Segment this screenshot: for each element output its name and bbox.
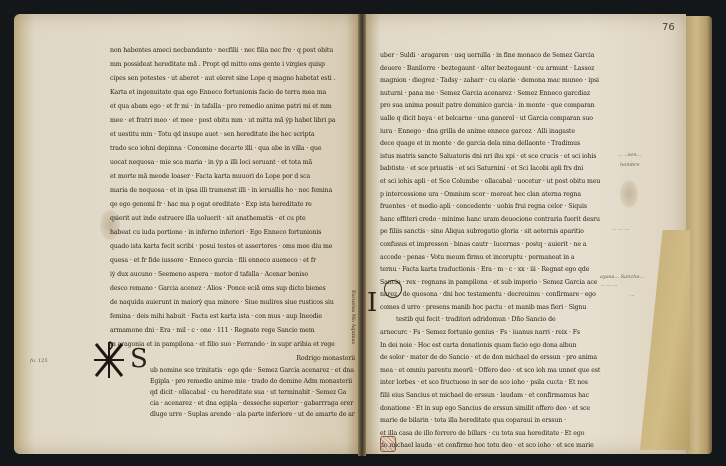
parchment-stain (620, 180, 638, 208)
seal-mark-icon (380, 436, 396, 452)
right-margin-note: hombre (620, 162, 640, 168)
signum-mark-icon (384, 280, 402, 298)
text-line: quado ista karta fecit scribi · posui te… (110, 240, 355, 254)
text-line: Egipla · pro remedio anime mie · trado d… (150, 376, 355, 387)
text-line: dluge urre · Suplas arende · ala parte i… (150, 409, 355, 420)
text-line: deuere · Banilorre · beztegaunt · alter … (380, 63, 620, 76)
text-line: qsierit aut inde estruere illa uoluerit … (110, 212, 355, 226)
text-line: fruentes · et medio apli · concedente · … (380, 201, 620, 214)
text-line: iura · Ennego · dna grilla de anime enne… (380, 126, 620, 139)
right-margin-note: ... ..ven... (618, 152, 641, 158)
right-page-text: uber · Suldi · aragaren · usq uernilla ·… (380, 50, 620, 453)
text-line: arnecurc · Fs · Semez fortunio genius · … (380, 327, 620, 340)
text-line: p intercessione ura · Omnium scor · mere… (380, 189, 620, 202)
text-line: et illa casa de illo ferrero de billars … (380, 428, 620, 441)
text-line: iẏ dux aucuno · Seemeno aspera · motor d… (110, 268, 355, 282)
initial-letter-i: I (367, 288, 377, 318)
text-line: femina · deis mihi habuit · Facta est ka… (110, 310, 355, 324)
text-line: qd dicit · ollacabal · cu hereditate sua… (150, 387, 355, 398)
left-page-charter: ub nomine sce trinitatis · ego qde · Sem… (150, 365, 355, 420)
text-line: Sancio · rex · regnans in pampilona · et… (380, 277, 620, 290)
text-line: quesa · et fr fide iussore · Enneco garc… (110, 254, 355, 268)
text-line: ub nomine sce trinitatis · ego qde · Sem… (150, 365, 355, 376)
text-line: et morte mã meode loaser · Facta karta m… (110, 170, 355, 184)
text-line: uocat nequosa · mie sca maria · in ẏp a … (110, 156, 355, 170)
manuscript-spread: 76 fo. 125 Escuelas Mo Aquinas ... ..ven… (0, 0, 726, 466)
initial-letter-s: S (130, 344, 148, 374)
text-line: istus matris sancte Saluatoris dni nri i… (380, 151, 620, 164)
text-line: de naquida auierunt in maiorẏ qua minore… (110, 296, 355, 310)
text-line: Karta et ingenuitate qua ego Enneco fort… (110, 86, 355, 100)
text-line: uber · Suldi · aragaren · usq uernilla ·… (380, 50, 620, 63)
text-line: inter lorbes · et sco fructuoso in ser d… (380, 377, 620, 390)
text-line: testib qui fecit · traditori adridomun ·… (380, 314, 620, 327)
text-line: trado sco iohni depinna · Conomine decar… (110, 142, 355, 156)
text-line: cia · acenarez · et dna egipla · dessech… (150, 398, 355, 409)
text-line: desco remano · Garcia acenez · Alios · P… (110, 282, 355, 296)
book-gutter (358, 14, 366, 456)
text-line: et qua abam ego · et fr mi · in tafalla … (110, 100, 355, 114)
text-line: armamone dni · Era · mil · c · one · 111… (110, 324, 355, 338)
text-line: magnion · diegrez · Tadsy · zaharr · cu … (380, 75, 620, 88)
text-line: babtiste · et sce priuatis · et sci Satu… (380, 163, 620, 176)
text-line: accede · penas · Votu meum firmu et inco… (380, 252, 620, 265)
text-line: marie de bilarin · tota illa hereditate … (380, 415, 620, 428)
text-line: pro sua anima posuit patre dominico garc… (380, 100, 620, 113)
text-line: nuturni · pana me · Semez Garcia acenare… (380, 88, 620, 101)
left-page-text: non habentes ameci necbandante · necfili… (110, 44, 355, 352)
text-line: mee · et fratri meo · et mee · post obit… (110, 114, 355, 128)
text-line: maria de nequosa · et in ipsa illi trame… (110, 184, 355, 198)
text-line: mm possideat hereditate mã . Propt qd mi… (110, 58, 355, 72)
text-line: do michael lauda · et confirmo hoc totu … (380, 440, 620, 453)
text-line: cipes sen potestes · ut aberet · aut ele… (110, 72, 355, 86)
right-margin-note: ... (630, 292, 635, 298)
text-line: donatione · Et in sup ego Sancius de ers… (380, 403, 620, 416)
text-line: et sci iohis apli · et Sce Columbe · oll… (380, 176, 620, 189)
text-line: de solor · mater de do Sancio · et de do… (380, 352, 620, 365)
text-line: pe filiis sanctis · sine Aliqua subrogat… (380, 226, 620, 239)
text-line: confusus et impresson · binas cautr · lu… (380, 239, 620, 252)
text-line: In dei noie · Hoc est carta donationis q… (380, 340, 620, 353)
text-line: mea · et omniu parentu meorũ · Offero de… (380, 365, 620, 378)
text-line: et uestitu mm · Totu qd insupe auet · se… (110, 128, 355, 142)
text-line: comes d urro · presens manib hoc pactu ·… (380, 302, 620, 315)
folio-number: 76 (662, 22, 675, 33)
text-line: filii eius Sancius et michael de erssun … (380, 390, 620, 403)
text-line: dece quage et in monte · de garcia dela … (380, 138, 620, 151)
text-line: qe ego genomi fr · hac ma p ogat eredita… (110, 198, 355, 212)
text-line: non habentes ameci necbandante · necfili… (110, 44, 355, 58)
text-line: ternu · Facta karta traductionis · Era ·… (380, 264, 620, 277)
text-line: hanc effiteri credo · minime hanc uram d… (380, 214, 620, 227)
chrismon-icon (92, 340, 126, 380)
text-line: ualle q dicit baya · et belcarne · una g… (380, 113, 620, 126)
text-line: habeat cu iuda portione · in inferno inf… (110, 226, 355, 240)
text-line: narez · de quesona · dni hoc testamentu … (380, 289, 620, 302)
left-margin-note: fo. 125 (30, 358, 48, 364)
